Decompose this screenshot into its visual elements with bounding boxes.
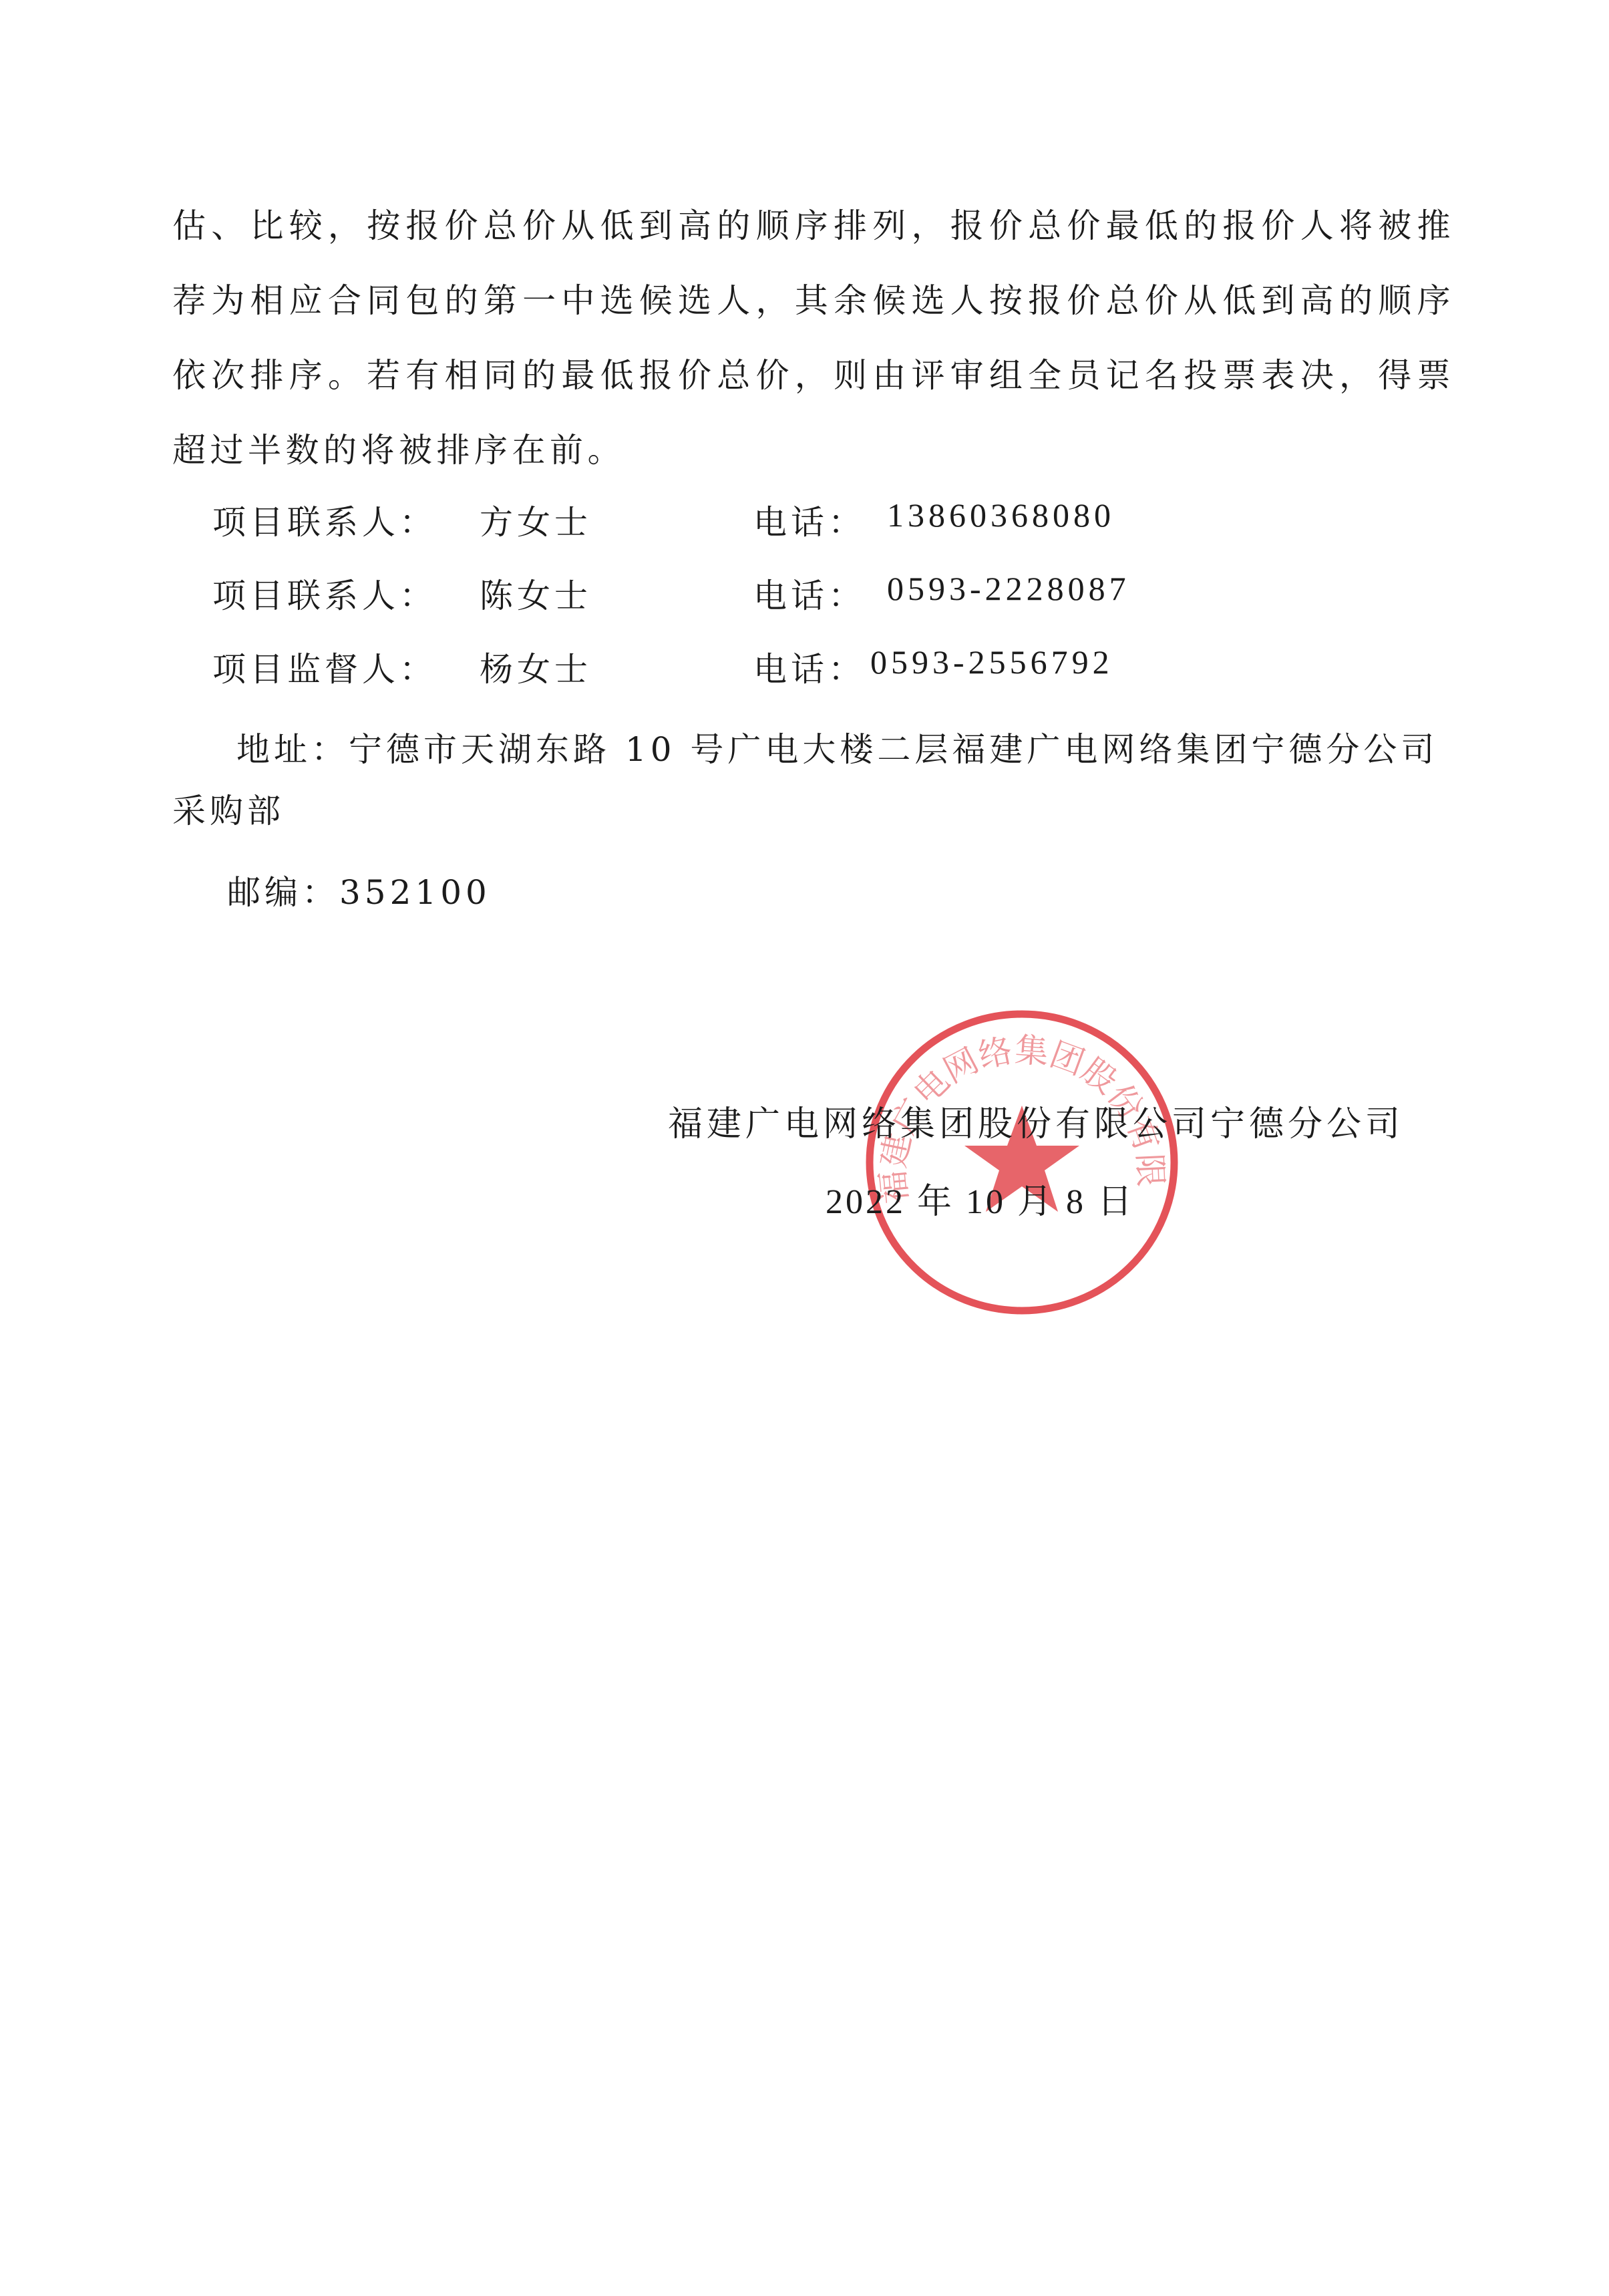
contact-role: 项目联系人： [212,569,437,617]
contact-role: 项目联系人： [212,496,437,544]
phone-label: 电话： [753,569,866,617]
contact-name: 陈女士 [480,569,592,617]
phone-label: 电话： [753,496,866,544]
address-block: 地址：宁德市天湖东路 10 号广电大楼二层福建广电网络集团宁德分公司采购部 [172,719,1455,842]
company-seal-icon: 福建广电网络集团股份有限公司宁德分公司 [855,1002,1189,1323]
contact-role: 项目监督人： [212,643,437,691]
address-text: 地址：宁德市天湖东路 10 号广电大楼二层福建广电网络集团宁德分公司采购部 [172,730,1438,830]
phone-number: 0593-2228087 [887,569,1130,608]
signature-date: 2022 年 10 月 8 日 [826,1173,1135,1223]
phone-number: 0593-2556792 [870,643,1113,681]
contact-name: 方女士 [480,496,592,544]
phone-label: 电话： [753,643,866,691]
contact-name: 杨女士 [480,643,592,691]
signature-organization: 福建广电网络集团股份有限公司宁德分公司 [668,1096,1404,1146]
body-paragraph: 估、比较，按报价总价从低到高的顺序排列，报价总价最低的报价人将被推荐为相应合同包… [172,188,1455,488]
phone-number: 13860368080 [887,496,1115,534]
postcode: 邮编：352100 [227,866,491,914]
